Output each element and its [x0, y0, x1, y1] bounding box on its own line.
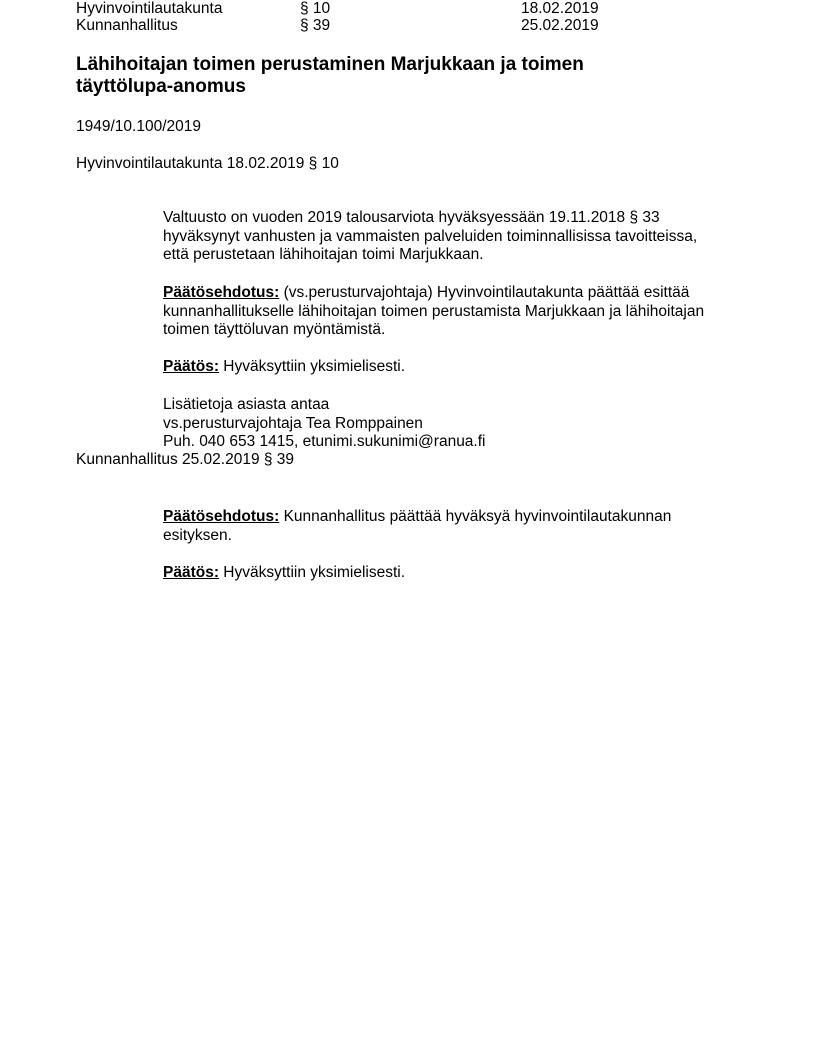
proposal-label: Päätösehdotus:: [163, 284, 279, 301]
contact-line: Lisätietoja asiasta antaa: [163, 396, 743, 415]
background-line: että perustetaan lähihoitajan toimi Marj…: [163, 246, 743, 265]
title-line-2: täyttölupa-anomus: [76, 76, 636, 98]
proposal-line: toimen täyttöluvan myöntämistä.: [163, 321, 743, 340]
history-organ: Hyvinvointilautakunta: [76, 0, 222, 18]
meeting-1-decision: Päätös: Hyväksyttiin yksimielisesti.: [163, 358, 743, 377]
proposal-text: (vs.perusturvajohtaja) Hyvinvointilautak…: [279, 284, 689, 301]
title-line-1: Lähihoitajan toimen perustaminen Marjukk…: [76, 54, 636, 76]
history-organ: Kunnanhallitus: [76, 17, 178, 35]
proposal-line: kunnanhallitukselle lähihoitajan toimen …: [163, 303, 743, 322]
proposal-text: Kunnanhallitus päättää hyväksyä hyvinvoi…: [279, 508, 671, 525]
meeting-1-contact: Lisätietoja asiasta antaa vs.perusturvaj…: [163, 396, 743, 452]
record-number: 1949/10.100/2019: [76, 118, 201, 136]
document-title: Lähihoitajan toimen perustaminen Marjukk…: [76, 54, 636, 98]
decision-text: Hyväksyttiin yksimielisesti.: [219, 358, 405, 375]
history-date: 18.02.2019: [521, 0, 599, 18]
history-date: 25.02.2019: [521, 17, 599, 35]
decision-label: Päätös:: [163, 358, 219, 375]
proposal-line: esityksen.: [163, 527, 743, 546]
proposal-label: Päätösehdotus:: [163, 508, 279, 525]
meeting-2-decision: Päätös: Hyväksyttiin yksimielisesti.: [163, 564, 743, 583]
decision-label: Päätös:: [163, 564, 219, 581]
history-row: Kunnanhallitus § 39 25.02.2019: [76, 17, 636, 35]
meeting-2-proposal: Päätösehdotus: Kunnanhallitus päättää hy…: [163, 508, 743, 545]
meeting-2-heading: Kunnanhallitus 25.02.2019 § 39: [76, 451, 294, 469]
meeting-1-background: Valtuusto on vuoden 2019 talousarviota h…: [163, 209, 743, 265]
meeting-1-proposal: Päätösehdotus: (vs.perusturvajohtaja) Hy…: [163, 284, 743, 340]
contact-line: Puh. 040 653 1415, etunimi.sukunimi@ranu…: [163, 433, 743, 452]
background-line: Valtuusto on vuoden 2019 talousarviota h…: [163, 209, 743, 228]
background-line: hyväksynyt vanhusten ja vammaisten palve…: [163, 228, 743, 247]
meeting-1-heading: Hyvinvointilautakunta 18.02.2019 § 10: [76, 155, 339, 173]
contact-line: vs.perusturvajohtaja Tea Romppainen: [163, 415, 743, 434]
history-row: Hyvinvointilautakunta § 10 18.02.2019: [76, 0, 636, 18]
history-section: § 39: [300, 17, 330, 35]
decision-text: Hyväksyttiin yksimielisesti.: [219, 564, 405, 581]
history-section: § 10: [300, 0, 330, 18]
